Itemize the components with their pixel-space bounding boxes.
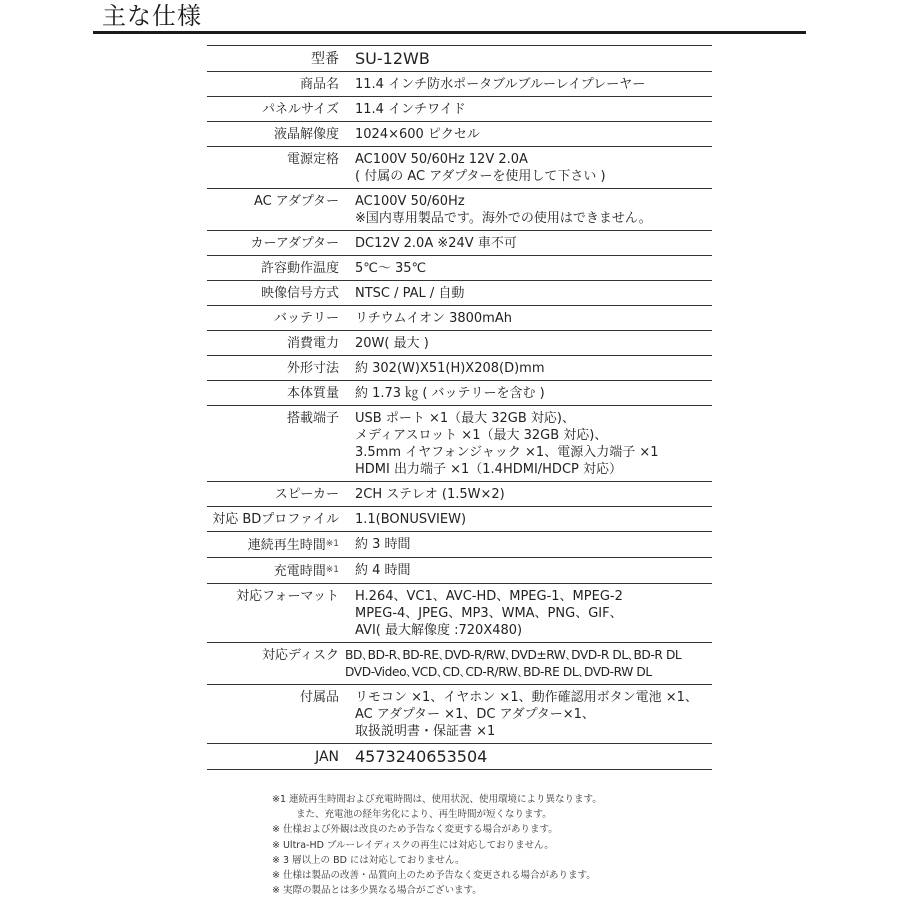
spec-label: スピーカー [207, 482, 339, 506]
spec-value-line: H.264、VC1、AVC-HD、MPEG-1、MPEG-2 [355, 588, 712, 605]
spec-value-line: NTSC / PAL / 自動 [355, 285, 712, 302]
spec-row-speaker: スピーカー 2CH ステレオ (1.5W×2) [207, 481, 712, 506]
spec-row-terminals: 搭載端子 USB ポート ×1（最大 32GB 対応)、 メディアスロット ×1… [207, 405, 712, 481]
spec-value-line: 5℃～ 35℃ [355, 260, 712, 277]
footnotes: ※1 連続再生時間および充電時間は、使用状況、使用環境により異なります。 また、… [272, 792, 602, 898]
spec-value-line: AC100V 50/60Hz [355, 193, 712, 210]
spec-value-line: 約 302(W)X51(H)X208(D)mm [355, 360, 712, 377]
spec-row-resolution: 液晶解像度 1024×600 ピクセル [207, 121, 712, 146]
spec-row-product-name: 商品名 11.4 インチ防水ポータブルブルーレイプレーヤー [207, 71, 712, 96]
spec-row-car-adapter: カーアダプター DC12V 2.0A ※24V 車不可 [207, 230, 712, 255]
footnote: ※ 仕様は製品の改善・品質向上のため予告なく変更される場合があります。 [272, 868, 602, 883]
footnote: ※1 連続再生時間および充電時間は、使用状況、使用環境により異なります。 [272, 792, 602, 807]
spec-value: 1.1(BONUSVIEW) [339, 507, 712, 531]
footnote: ※ Ultra-HD ブルーレイディスクの再生には対応しておりません。 [272, 838, 602, 853]
spec-value-line: 約 1.73 ㎏ ( バッテリーを含む ) [355, 385, 712, 402]
spec-value: AC100V 50/60Hz 12V 2.0A ( 付属の AC アダプターを使… [339, 147, 712, 188]
spec-value-line: 4573240653504 [355, 747, 712, 767]
spec-row-charge-time: 充電時間※1 約 4 時間 [207, 557, 712, 583]
spec-label: 対応フォーマット [207, 584, 339, 608]
spec-row-video-signal: 映像信号方式 NTSC / PAL / 自動 [207, 280, 712, 305]
spec-value-line: BD､BD-R､BD-RE､DVD-R/RW､DVD±RW､DVD-R DL､B… [345, 647, 712, 664]
spec-value: NTSC / PAL / 自動 [339, 281, 712, 305]
spec-label: 許容動作温度 [207, 256, 339, 280]
spec-row-jan: JAN 4573240653504 [207, 743, 712, 770]
spec-value-line: 1.1(BONUSVIEW) [355, 511, 712, 528]
spec-value-line: 3.5mm イヤフォンジャック ×1、電源入力端子 ×1 [355, 444, 712, 461]
spec-label: 商品名 [207, 72, 339, 96]
spec-label-text: 充電時間 [274, 564, 326, 579]
spec-label: 対応ディスク [207, 643, 339, 667]
spec-label: JAN [207, 744, 339, 769]
spec-value: USB ポート ×1（最大 32GB 対応)、 メディアスロット ×1（最大 3… [339, 406, 712, 481]
spec-value: 11.4 インチワイド [339, 97, 712, 121]
spec-row-formats: 対応フォーマット H.264、VC1、AVC-HD、MPEG-1、MPEG-2 … [207, 583, 712, 642]
spec-value-line: MPEG-4、JPEG、MP3、WMA、PNG、GIF、 [355, 605, 712, 622]
spec-row-power-consumption: 消費電力 20W( 最大 ) [207, 330, 712, 355]
spec-row-ac-adapter: AC アダプター AC100V 50/60Hz ※国内専用製品です。海外での使用… [207, 188, 712, 230]
spec-value-line: AVI( 最大解像度 :720X480) [355, 622, 712, 639]
spec-label: AC アダプター [207, 189, 339, 213]
spec-value-line: ※国内専用製品です。海外での使用はできません。 [355, 210, 712, 227]
spec-value-line: HDMI 出力端子 ×1（1.4HDMI/HDCP 対応） [355, 461, 712, 478]
spec-label: カーアダプター [207, 231, 339, 255]
spec-row-power-rating: 電源定格 AC100V 50/60Hz 12V 2.0A ( 付属の AC アダ… [207, 146, 712, 188]
footnote-mark: ※1 [326, 539, 339, 549]
spec-value-line: リチウムイオン 3800mAh [355, 310, 712, 327]
footnote: ※ 実際の製品とは多少異なる場合がございます。 [272, 883, 602, 898]
spec-value-line: 20W( 最大 ) [355, 335, 712, 352]
spec-label: 連続再生時間※1 [207, 532, 339, 557]
spec-value: 11.4 インチ防水ポータブルブルーレイプレーヤー [339, 72, 712, 96]
spec-value: 1024×600 ピクセル [339, 122, 712, 146]
spec-value-line: DVD-Video､VCD､CD､CD-R/RW､BD-RE DL､DVD-RW… [345, 664, 712, 681]
footnote: ※ 仕様および外観は改良のため予告なく変更する場合があります。 [272, 822, 602, 837]
spec-row-battery: バッテリー リチウムイオン 3800mAh [207, 305, 712, 330]
spec-label: 消費電力 [207, 331, 339, 355]
spec-value-line: 約 4 時間 [355, 562, 712, 579]
spec-value: BD､BD-R､BD-RE､DVD-R/RW､DVD±RW､DVD-R DL､B… [339, 643, 712, 684]
spec-value: H.264、VC1、AVC-HD、MPEG-1、MPEG-2 MPEG-4、JP… [339, 584, 712, 642]
title-rule [93, 31, 806, 34]
spec-label: 電源定格 [207, 147, 339, 171]
spec-value-line: 約 3 時間 [355, 536, 712, 553]
spec-value-line: 11.4 インチワイド [355, 101, 712, 118]
spec-value: リモコン ×1、イヤホン ×1、動作確認用ボタン電池 ×1、 AC アダプター … [339, 685, 712, 743]
spec-row-discs: 対応ディスク BD､BD-R､BD-RE､DVD-R/RW､DVD±RW､DVD… [207, 642, 712, 684]
spec-value-line: AC アダプター ×1、DC アダプター×1、 [355, 706, 712, 723]
spec-value: 2CH ステレオ (1.5W×2) [339, 482, 712, 506]
page-title: 主な仕様 [102, 2, 202, 30]
spec-value-line: DC12V 2.0A ※24V 車不可 [355, 235, 712, 252]
spec-row-model: 型番 SU-12WB [207, 45, 712, 71]
spec-row-operating-temp: 許容動作温度 5℃～ 35℃ [207, 255, 712, 280]
spec-label: 対応 BDプロファイル [193, 507, 339, 531]
spec-row-weight: 本体質量 約 1.73 ㎏ ( バッテリーを含む ) [207, 380, 712, 405]
spec-value-line: 2CH ステレオ (1.5W×2) [355, 486, 712, 503]
spec-row-dimensions: 外形寸法 約 302(W)X51(H)X208(D)mm [207, 355, 712, 380]
spec-value: SU-12WB [339, 46, 712, 71]
spec-value: 4573240653504 [339, 744, 712, 769]
spec-label: 付属品 [207, 685, 339, 709]
spec-value-line: ( 付属の AC アダプターを使用して下さい ) [355, 168, 712, 185]
spec-label: バッテリー [207, 306, 339, 330]
spec-value: 約 3 時間 [339, 532, 712, 556]
spec-label: 液晶解像度 [207, 122, 339, 146]
spec-value: AC100V 50/60Hz ※国内専用製品です。海外での使用はできません。 [339, 189, 712, 230]
spec-value-line: 取扱説明書・保証書 ×1 [355, 723, 712, 740]
spec-value: リチウムイオン 3800mAh [339, 306, 712, 330]
spec-value: 約 4 時間 [339, 558, 712, 582]
spec-value-line: メディアスロット ×1（最大 32GB 対応)、 [355, 427, 712, 444]
spec-label: 型番 [207, 46, 339, 71]
spec-label: 本体質量 [207, 381, 339, 405]
spec-value-line: 1024×600 ピクセル [355, 126, 712, 143]
spec-table: 型番 SU-12WB 商品名 11.4 インチ防水ポータブルブルーレイプレーヤー… [207, 45, 712, 770]
spec-value: 約 1.73 ㎏ ( バッテリーを含む ) [339, 381, 712, 405]
spec-row-playback-time: 連続再生時間※1 約 3 時間 [207, 531, 712, 557]
footnote-mark: ※1 [326, 565, 339, 575]
footnote: また、充電池の経年劣化により、再生時間が短くなります。 [272, 807, 602, 822]
spec-row-bd-profile: 対応 BDプロファイル 1.1(BONUSVIEW) [207, 506, 712, 531]
spec-value: 5℃～ 35℃ [339, 256, 712, 280]
spec-value: 約 302(W)X51(H)X208(D)mm [339, 356, 712, 380]
spec-value: DC12V 2.0A ※24V 車不可 [339, 231, 712, 255]
spec-label: 映像信号方式 [207, 281, 339, 305]
spec-value-line: USB ポート ×1（最大 32GB 対応)、 [355, 410, 712, 427]
spec-value-line: リモコン ×1、イヤホン ×1、動作確認用ボタン電池 ×1、 [355, 689, 712, 706]
spec-row-accessories: 付属品 リモコン ×1、イヤホン ×1、動作確認用ボタン電池 ×1、 AC アダ… [207, 684, 712, 743]
spec-label: 外形寸法 [207, 356, 339, 380]
spec-value: 20W( 最大 ) [339, 331, 712, 355]
spec-label: 搭載端子 [207, 406, 339, 430]
spec-row-panel-size: パネルサイズ 11.4 インチワイド [207, 96, 712, 121]
spec-value-line: AC100V 50/60Hz 12V 2.0A [355, 151, 712, 168]
spec-label-text: 連続再生時間 [248, 538, 326, 553]
spec-value-line: 11.4 インチ防水ポータブルブルーレイプレーヤー [355, 76, 712, 93]
spec-value-line: SU-12WB [355, 49, 712, 69]
spec-label: 充電時間※1 [207, 558, 339, 583]
spec-label: パネルサイズ [207, 97, 339, 121]
footnote: ※ 3 層以上の BD には対応しておりません。 [272, 853, 602, 868]
